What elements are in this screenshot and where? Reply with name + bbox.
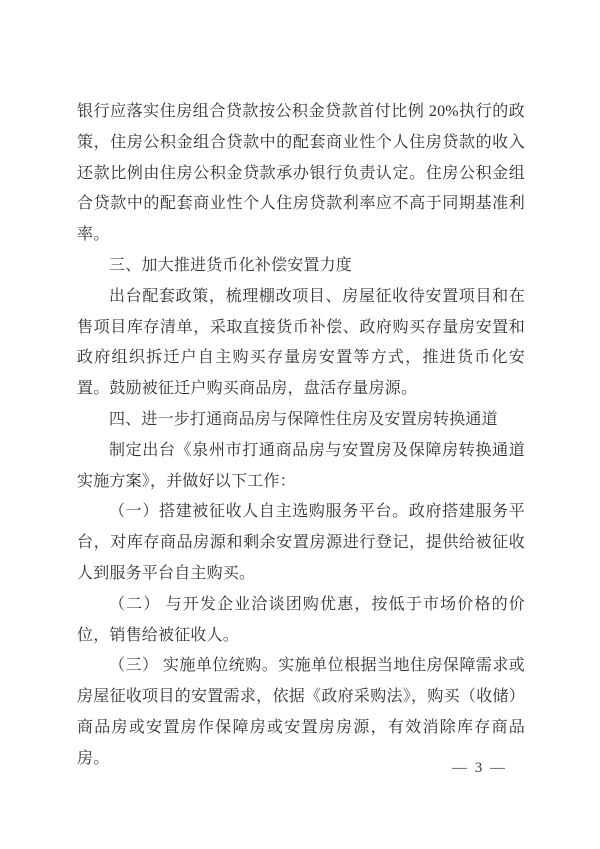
paragraph-monetary-compensation: 出台配套政策，梳理棚改项目、房屋征收待安置项目和在售项目库存清单，采取直接货币补…: [77, 282, 525, 405]
section-heading-4: 四、进一步打通商品房与保障性住房及安置房转换通道: [77, 405, 525, 436]
document-page: 银行应落实住房组合贷款按公积金贷款首付比例 20%执行的政策，住房公积金组合贷款…: [0, 0, 600, 849]
paragraph-item-1-service-platform: （一）搭建被征收人自主选购服务平台。政府搭建服务平台，对库存商品房源和剩余安置房…: [77, 497, 525, 589]
paragraph-item-3-unified-purchase: （三） 实施单位统购。实施单位根据当地住房保障需求或房屋征收项目的安置需求，依据…: [77, 651, 525, 774]
paragraph-implementation-plan: 制定出台《泉州市打通商品房与安置房及保障房转换通道实施方案》，并做好以下工作：: [77, 436, 525, 498]
document-body: 银行应落实住房组合贷款按公积金贷款首付比例 20%执行的政策，住房公积金组合贷款…: [77, 97, 525, 775]
page-number: — 3 —: [452, 760, 507, 777]
paragraph-loan-policy: 银行应落实住房组合贷款按公积金贷款首付比例 20%执行的政策，住房公积金组合贷款…: [77, 97, 525, 251]
paragraph-item-2-group-purchase: （二） 与开发企业洽谈团购优惠，按低于市场价格的价位，销售给被征收人。: [77, 590, 525, 652]
section-heading-3: 三、加大推进货币化补偿安置力度: [77, 251, 525, 282]
